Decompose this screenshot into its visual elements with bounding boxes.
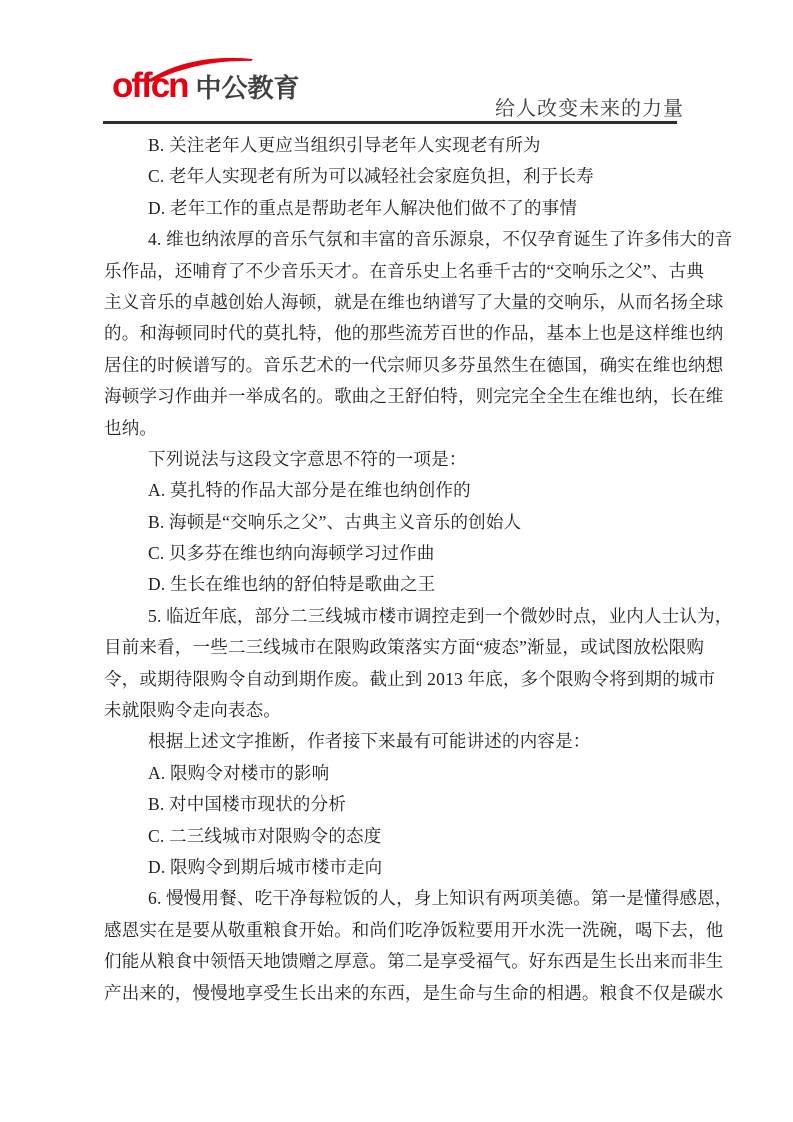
- text-line: D. 生长在维也纳的舒伯特是歌曲之王: [104, 569, 686, 600]
- text-line: 令，或期待限购令自动到期作废。截止到 2013 年底，多个限购令将到期的城市: [104, 664, 686, 695]
- text-line: 6. 慢慢用餐、吃干净每粒饭的人，身上知识有两项美德。第一是懂得感恩，: [104, 883, 686, 914]
- page-root: offcn中公教育 给人改变未来的力量 B. 关注老年人更应当组织引导老年人实现…: [0, 0, 793, 1122]
- text-line: 未就限购令走向表态。: [104, 695, 686, 726]
- text-line: 主义音乐的卓越创始人海顿，就是在维也纳谱写了大量的交响乐，从而名扬全球: [104, 287, 686, 318]
- text-line: 乐作品，还哺育了不少音乐天才。在音乐史上名垂千古的“交响乐之父”、古典: [104, 256, 686, 287]
- text-line: 海顿学习作曲并一举成名的。歌曲之王舒伯特，则完完全全生在维也纳，长在维: [104, 381, 686, 412]
- swoosh-path: [150, 58, 253, 81]
- text-line: D. 老年工作的重点是帮助老年人解决他们做不了的事情: [104, 193, 686, 224]
- text-line: 感恩实在是要从敬重粮食开始。和尚们吃净饭粒要用开水洗一洗碗，喝下去，他: [104, 915, 686, 946]
- text-line: 们能从粮食中领悟天地馈赠之厚意。第二是享受福气。好东西是生长出来而非生: [104, 946, 686, 977]
- text-line: 的。和海顿同时代的莫扎特，他的那些流芳百世的作品，基本上也是这样维也纳: [104, 318, 686, 349]
- text-line: 根据上述文字推断，作者接下来最有可能讲述的内容是：: [104, 726, 686, 757]
- text-line: B. 海顿是“交响乐之父”、古典主义音乐的创始人: [104, 507, 686, 538]
- text-line: 产出来的，慢慢地享受生长出来的东西，是生命与生命的相遇。粮食不仅是碳水: [104, 978, 686, 1009]
- text-line: 居住的时候谱写的。音乐艺术的一代宗师贝多芬虽然生在德国，确实在维也纳想: [104, 350, 686, 381]
- text-line: 4. 维也纳浓厚的音乐气氛和丰富的音乐源泉，不仅孕育诞生了许多伟大的音: [104, 224, 686, 255]
- text-line: C. 贝多芬在维也纳向海顿学习过作曲: [104, 538, 686, 569]
- text-line: 下列说法与这段文字意思不符的一项是：: [104, 444, 686, 475]
- text-line: 也纳。: [104, 413, 686, 444]
- header-tagline: 给人改变未来的力量: [495, 92, 684, 121]
- text-line: A. 莫扎特的作品大部分是在维也纳创作的: [104, 475, 686, 506]
- text-line: 5. 临近年底，部分二三线城市楼市调控走到一个微妙时点，业内人士认为，: [104, 601, 686, 632]
- swoosh-icon: [148, 56, 254, 82]
- text-line: C. 二三线城市对限购令的态度: [104, 821, 686, 852]
- text-line: B. 关注老年人更应当组织引导老年人实现老有所为: [104, 130, 686, 161]
- text-line: 目前来看，一些二三线城市在限购政策落实方面“疲态”渐显，或试图放松限购: [104, 632, 686, 663]
- document-body: B. 关注老年人更应当组织引导老年人实现老有所为C. 老年人实现老有所为可以减轻…: [104, 130, 686, 1009]
- header-divider: [103, 121, 677, 124]
- text-line: C. 老年人实现老有所为可以减轻社会家庭负担，利于长寿: [104, 161, 686, 192]
- text-line: B. 对中国楼市现状的分析: [104, 789, 686, 820]
- text-line: A. 限购令对楼市的影响: [104, 758, 686, 789]
- text-line: D. 限购令到期后城市楼市走向: [104, 852, 686, 883]
